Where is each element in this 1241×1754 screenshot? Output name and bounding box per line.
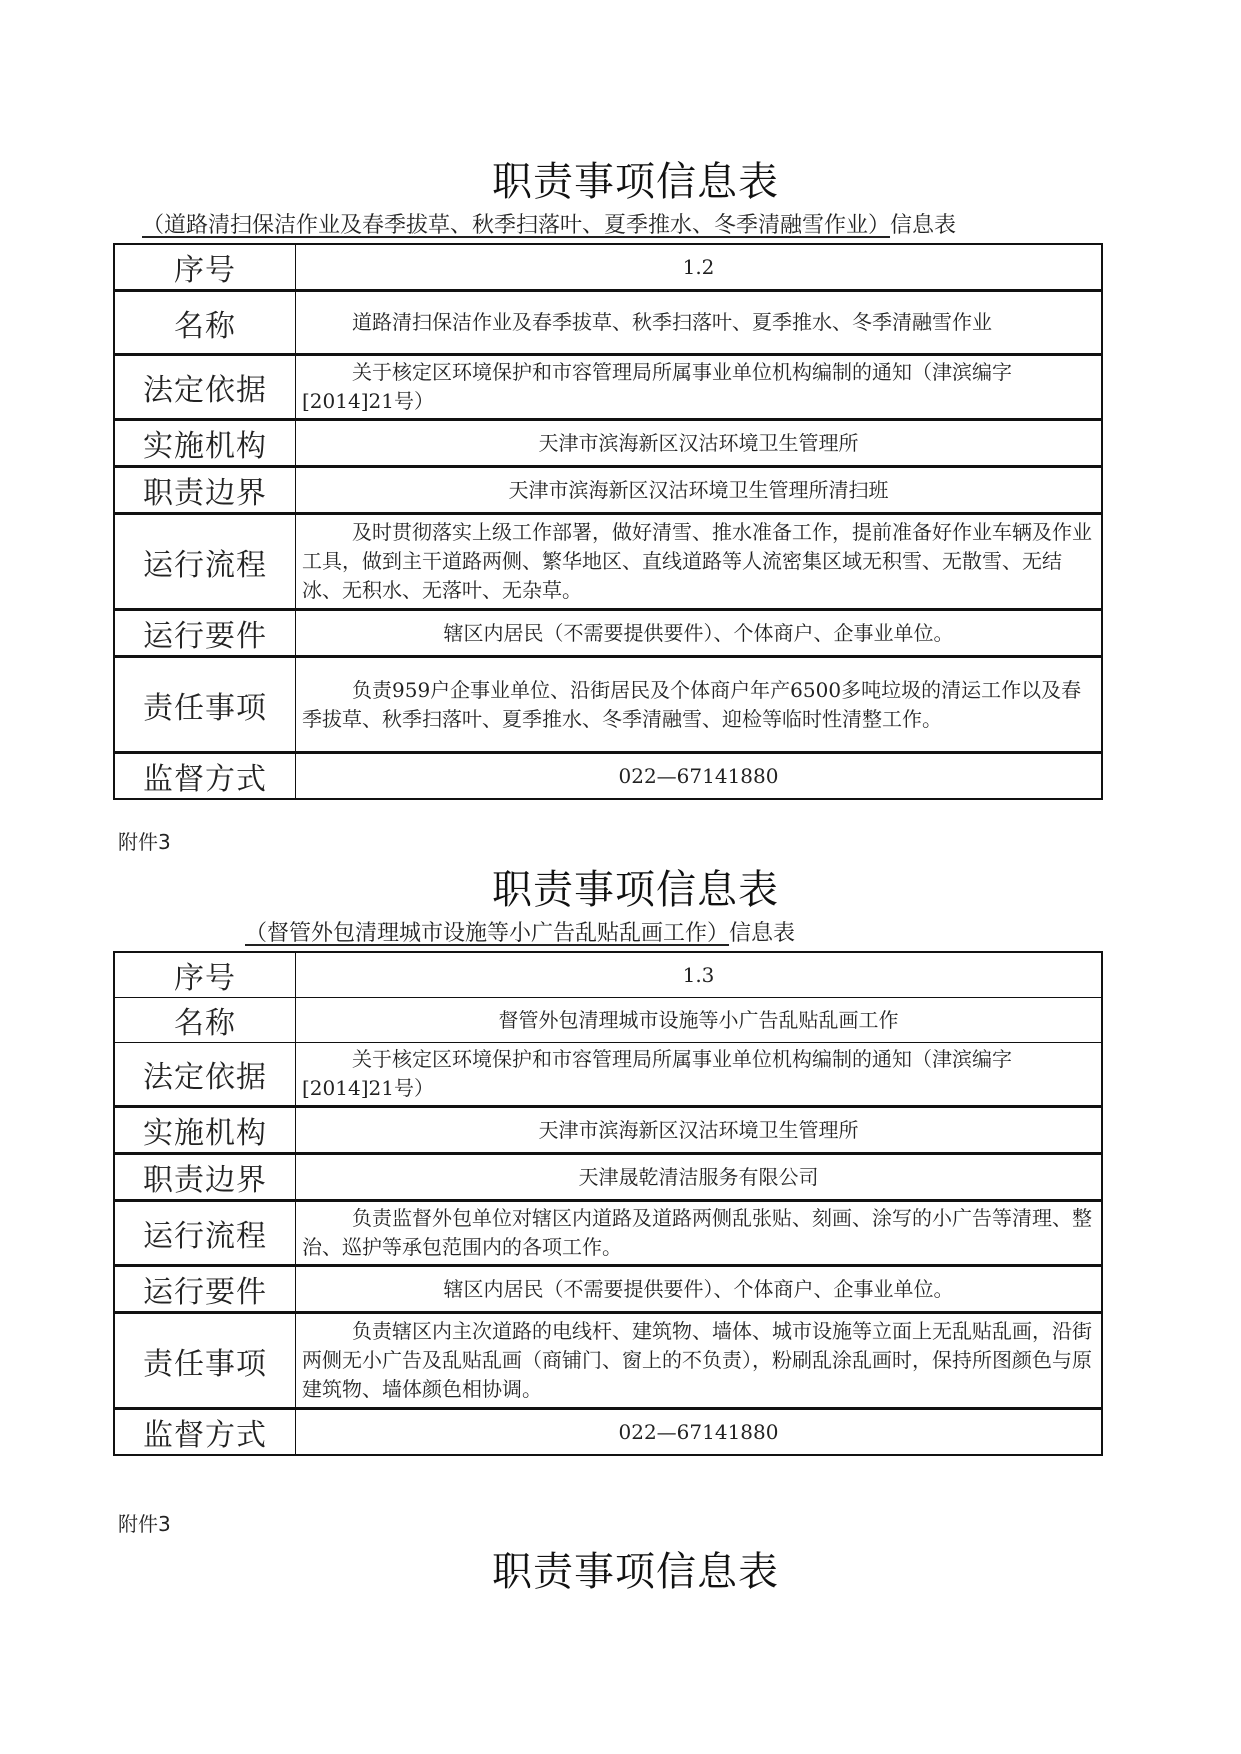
table-row: 法定依据 关于核定区环境保护和市容管理局所属事业单位机构编制的通知（津滨编字[2… (114, 355, 1102, 420)
row-value-serial: 1.2 (296, 244, 1103, 291)
row-label-name: 名称 (114, 998, 296, 1043)
row-value-process: 负责监督外包单位对辖区内道路及道路两侧乱张贴、刻画、涂写的小广告等清理、整治、巡… (296, 1201, 1103, 1266)
row-label-legal-basis: 法定依据 (114, 355, 296, 420)
row-value-requirements: 辖区内居民（不需要提供要件）、个体商户、企事业单位。 (296, 1266, 1103, 1313)
row-label-name: 名称 (114, 291, 296, 355)
row-label-serial: 序号 (114, 952, 296, 998)
row-value-name: 督管外包清理城市设施等小广告乱贴乱画工作 (296, 998, 1103, 1043)
row-label-responsibilities: 责任事项 (114, 1313, 296, 1409)
row-label-duty-boundary: 职责边界 (114, 1154, 296, 1201)
table-row: 运行要件 辖区内居民（不需要提供要件）、个体商户、企事业单位。 (114, 1266, 1102, 1313)
table-row: 序号 1.3 (114, 952, 1102, 998)
row-label-responsibilities: 责任事项 (114, 657, 296, 753)
row-value-requirements: 辖区内居民（不需要提供要件）、个体商户、企事业单位。 (296, 610, 1103, 657)
section-2-subtitle: （督管外包清理城市设施等小广告乱贴乱画工作）信息表 (245, 916, 795, 947)
row-label-requirements: 运行要件 (114, 1266, 296, 1313)
section-2-subtitle-suffix: 信息表 (729, 921, 795, 946)
row-label-duty-boundary: 职责边界 (114, 467, 296, 514)
row-value-responsibilities: 负责辖区内主次道路的电线杆、建筑物、墙体、城市设施等立面上无乱贴乱画，沿街两侧无… (296, 1313, 1103, 1409)
row-value-name: 道路清扫保洁作业及春季拔草、秋季扫落叶、夏季推水、冬季清融雪作业 (296, 291, 1103, 355)
table-row: 名称 督管外包清理城市设施等小广告乱贴乱画工作 (114, 998, 1102, 1043)
row-label-serial: 序号 (114, 244, 296, 291)
row-label-legal-basis: 法定依据 (114, 1043, 296, 1107)
row-value-implementing-agency: 天津市滨海新区汉沽环境卫生管理所 (296, 420, 1103, 467)
row-value-supervision: 022—67141880 (296, 1409, 1103, 1456)
section-1-title: 职责事项信息表 (0, 150, 1241, 207)
row-label-supervision: 监督方式 (114, 1409, 296, 1456)
row-value-supervision: 022—67141880 (296, 753, 1103, 800)
section-3-title: 职责事项信息表 (0, 1540, 1241, 1597)
section-1-subtitle-item: （道路清扫保洁作业及春季拔草、秋季扫落叶、夏季推水、冬季清融雪作业） (142, 213, 890, 238)
table-row: 职责边界 天津市滨海新区汉沽环境卫生管理所清扫班 (114, 467, 1102, 514)
row-value-duty-boundary: 天津晟乾清洁服务有限公司 (296, 1154, 1103, 1201)
row-value-implementing-agency: 天津市滨海新区汉沽环境卫生管理所 (296, 1107, 1103, 1154)
document-page: 职责事项信息表 （道路清扫保洁作业及春季拔草、秋季扫落叶、夏季推水、冬季清融雪作… (0, 0, 1241, 1754)
row-label-requirements: 运行要件 (114, 610, 296, 657)
row-label-supervision: 监督方式 (114, 753, 296, 800)
row-value-duty-boundary: 天津市滨海新区汉沽环境卫生管理所清扫班 (296, 467, 1103, 514)
table-row: 运行流程 负责监督外包单位对辖区内道路及道路两侧乱张贴、刻画、涂写的小广告等清理… (114, 1201, 1102, 1266)
row-value-legal-basis: 关于核定区环境保护和市容管理局所属事业单位机构编制的通知（津滨编字[2014]2… (296, 355, 1103, 420)
table-row: 法定依据 关于核定区环境保护和市容管理局所属事业单位机构编制的通知（津滨编字[2… (114, 1043, 1102, 1107)
table-row: 序号 1.2 (114, 244, 1102, 291)
section-1-info-table: 序号 1.2 名称 道路清扫保洁作业及春季拔草、秋季扫落叶、夏季推水、冬季清融雪… (113, 243, 1103, 800)
row-value-responsibilities: 负责959户企事业单位、沿街居民及个体商户年产6500多吨垃圾的清运工作以及春季… (296, 657, 1103, 753)
row-label-implementing-agency: 实施机构 (114, 420, 296, 467)
table-row: 名称 道路清扫保洁作业及春季拔草、秋季扫落叶、夏季推水、冬季清融雪作业 (114, 291, 1102, 355)
section-3-attachment-label: 附件3 (118, 1508, 171, 1537)
section-2-subtitle-item: （督管外包清理城市设施等小广告乱贴乱画工作） (245, 921, 729, 946)
table-row: 责任事项 负责959户企事业单位、沿街居民及个体商户年产6500多吨垃圾的清运工… (114, 657, 1102, 753)
section-1-subtitle: （道路清扫保洁作业及春季拔草、秋季扫落叶、夏季推水、冬季清融雪作业）信息表 (142, 208, 956, 239)
table-row: 运行要件 辖区内居民（不需要提供要件）、个体商户、企事业单位。 (114, 610, 1102, 657)
table-row: 责任事项 负责辖区内主次道路的电线杆、建筑物、墙体、城市设施等立面上无乱贴乱画，… (114, 1313, 1102, 1409)
table-row: 职责边界 天津晟乾清洁服务有限公司 (114, 1154, 1102, 1201)
row-value-process: 及时贯彻落实上级工作部署，做好清雪、推水准备工作，提前准备好作业车辆及作业工具，… (296, 514, 1103, 610)
table-row: 监督方式 022—67141880 (114, 753, 1102, 800)
table-row: 实施机构 天津市滨海新区汉沽环境卫生管理所 (114, 1107, 1102, 1154)
row-value-serial: 1.3 (296, 952, 1103, 998)
row-value-legal-basis: 关于核定区环境保护和市容管理局所属事业单位机构编制的通知（津滨编字[2014]2… (296, 1043, 1103, 1107)
row-label-process: 运行流程 (114, 1201, 296, 1266)
row-label-process: 运行流程 (114, 514, 296, 610)
table-row: 监督方式 022—67141880 (114, 1409, 1102, 1456)
section-2-title: 职责事项信息表 (0, 858, 1241, 915)
row-label-implementing-agency: 实施机构 (114, 1107, 296, 1154)
section-1-subtitle-suffix: 信息表 (890, 213, 956, 238)
section-2-attachment-label: 附件3 (118, 826, 171, 855)
section-2-info-table: 序号 1.3 名称 督管外包清理城市设施等小广告乱贴乱画工作 法定依据 关于核定… (113, 951, 1103, 1456)
table-row: 运行流程 及时贯彻落实上级工作部署，做好清雪、推水准备工作，提前准备好作业车辆及… (114, 514, 1102, 610)
table-row: 实施机构 天津市滨海新区汉沽环境卫生管理所 (114, 420, 1102, 467)
